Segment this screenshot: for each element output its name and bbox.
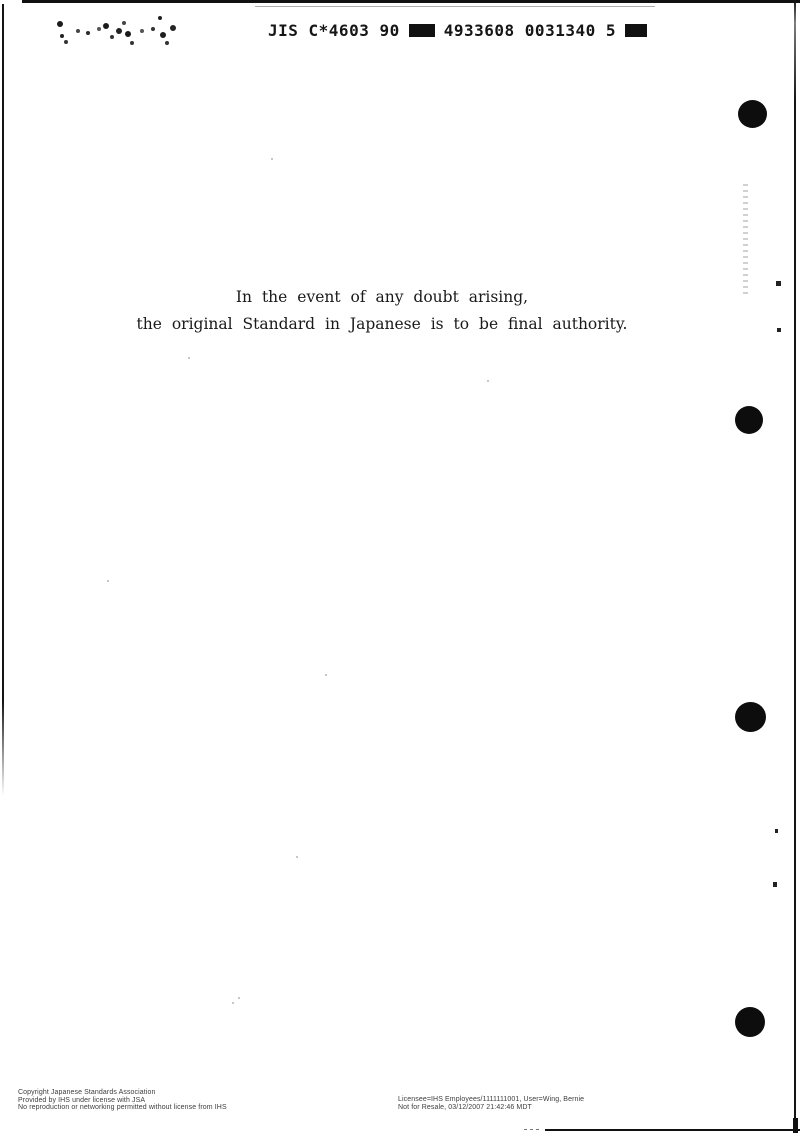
scan-noise-dot — [107, 580, 109, 582]
license-notice: Licensee=IHS Employees/1111111001, User=… — [398, 1096, 584, 1111]
binder-hole — [735, 406, 763, 434]
binder-hole — [735, 702, 766, 732]
scan-dot — [775, 829, 778, 833]
scan-corner-mark — [793, 1118, 798, 1133]
binder-hole — [738, 100, 767, 128]
scan-noise-dot — [232, 1002, 234, 1004]
ink-smudge — [0, 0, 4, 4]
doubt-notice-line1: In the event of any doubt arising, — [0, 284, 764, 311]
scan-edge-right — [794, 0, 796, 1133]
scan-dot — [776, 281, 781, 286]
scan-edge-top — [22, 0, 800, 3]
scan-noise-dot — [188, 357, 190, 359]
scan-edge-bottom-dashes — [524, 1129, 540, 1130]
scan-noise-dot — [325, 674, 327, 676]
scan-dot — [777, 328, 781, 332]
scanned-page: JIS C*4603 90 4933608 0031340 5 In the e… — [0, 0, 800, 1133]
filled-square-icon — [625, 24, 647, 37]
copyright-line: No reproduction or networking permitted … — [18, 1104, 227, 1112]
scan-dot — [773, 882, 777, 887]
scan-noise-dot — [238, 997, 240, 999]
license-line: Not for Resale, 03/12/2007 21:42:46 MDT — [398, 1104, 584, 1112]
standard-code: JIS C*4603 90 — [268, 21, 400, 40]
scan-noise-dot — [271, 158, 273, 160]
scan-noise-dot — [487, 380, 489, 382]
header-code-line: JIS C*4603 90 4933608 0031340 5 — [268, 20, 648, 40]
license-line: Licensee=IHS Employees/1111111001, User=… — [398, 1096, 584, 1104]
filled-square-icon — [409, 24, 435, 37]
copyright-line: Provided by IHS under license with JSA — [18, 1097, 227, 1105]
copyright-notice: Copyright Japanese Standards Association… — [18, 1089, 227, 1112]
copyright-line: Copyright Japanese Standards Association — [18, 1089, 227, 1097]
binder-hole — [735, 1007, 765, 1037]
faint-vertical-marks — [743, 184, 748, 296]
document-serial: 4933608 0031340 5 — [444, 21, 616, 40]
doubt-notice: In the event of any doubt arising, the o… — [0, 284, 764, 338]
scan-edge-left — [2, 4, 4, 796]
scan-noise-dot — [296, 856, 298, 858]
doubt-notice-line2: the original Standard in Japanese is to … — [0, 311, 764, 338]
scan-edge-bottom — [545, 1129, 800, 1131]
scan-edge-top-faint — [255, 6, 655, 7]
